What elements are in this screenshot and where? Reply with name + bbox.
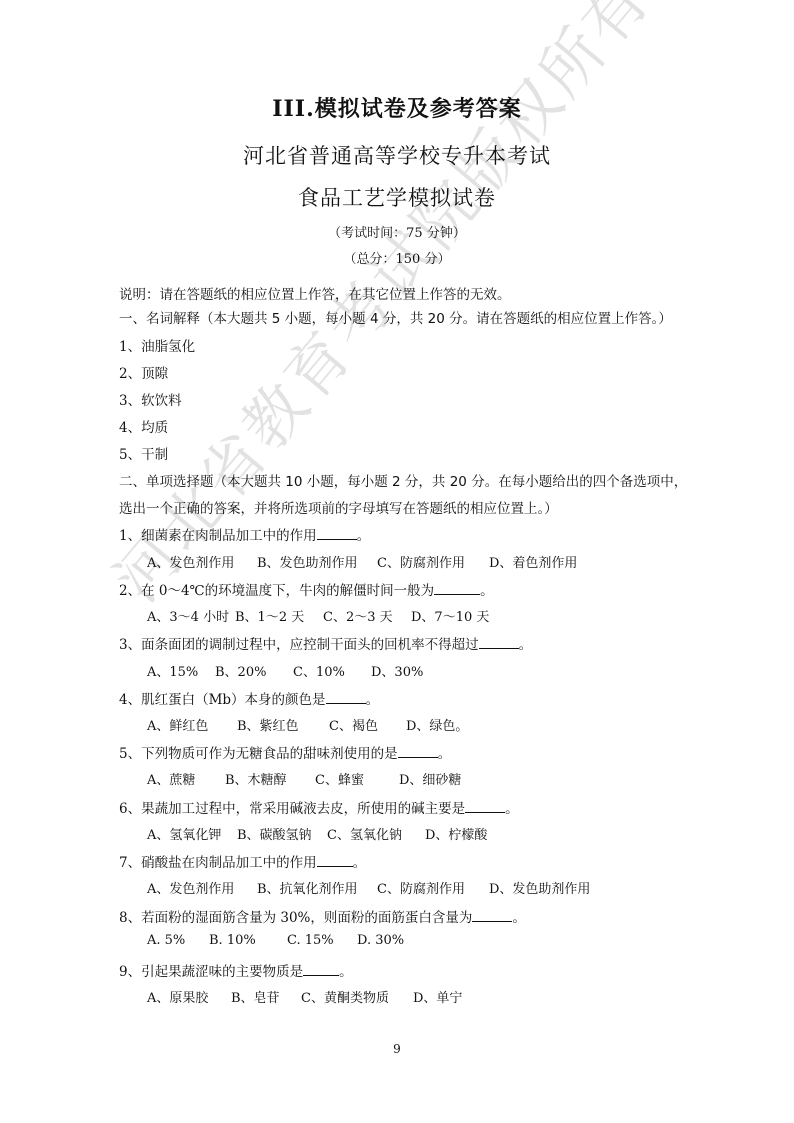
question-stem: 5、下列物质可作为无糖食品的甜味剂使用的是。 [119, 742, 451, 762]
question-stem: 2、在 0～4℃的环境温度下，牛肉的解僵时间一般为。 [119, 579, 494, 599]
option-d: D、细砂糖 [399, 769, 461, 788]
question-end: 。 [480, 583, 494, 599]
option-c: C、蜂蜜 [315, 769, 399, 788]
option-d: D、柠檬酸 [425, 824, 487, 843]
question-stem: 4、肌红蛋白（Mb）本身的颜色是。 [119, 688, 379, 708]
question-text: 7、硝酸盐在肉制品加工中的作用 [119, 855, 317, 871]
question-stem: 7、硝酸盐在肉制品加工中的作用。 [119, 851, 366, 871]
option-d: D、着色剂作用 [489, 552, 577, 571]
option-b: B、紫红色 [237, 715, 329, 734]
term-item: 5、干制 [119, 443, 168, 463]
document-page: 河北省教育考试院版权所有 III.模拟试卷及参考答案 河北省普通高等学校专升本考… [0, 0, 794, 1123]
answer-blank [398, 745, 438, 758]
answer-blank [317, 854, 353, 867]
option-d: D、绿色。 [406, 715, 468, 734]
question-options: A、15%B、20%C、10%D、30% [147, 661, 423, 680]
question-text: 8、若面粉的湿面筋含量为 30%，则面粉的面筋蛋白含量为 [119, 910, 472, 926]
answer-blank [479, 636, 519, 649]
option-c: C、防腐剂作用 [377, 878, 489, 897]
answer-blank [317, 527, 357, 540]
option-a: A、发色剂作用 [147, 552, 257, 571]
option-c: C、防腐剂作用 [377, 552, 489, 571]
option-d: D、30% [371, 661, 423, 680]
page-title: III.模拟试卷及参考答案 [0, 92, 794, 123]
option-a: A、原果胶 [147, 987, 231, 1006]
question-stem: 8、若面粉的湿面筋含量为 30%，则面粉的面筋蛋白含量为。 [119, 906, 526, 926]
option-a: A、氢氧化钾 [147, 824, 237, 843]
section2-heading-line2: 选出一个正确的答案，并将所选项前的字母填写在答题纸的相应位置上。） [119, 497, 558, 517]
term-item: 1、油脂氢化 [119, 335, 195, 355]
answer-blank [326, 691, 366, 704]
question-stem: 6、果蔬加工过程中，常采用碱液去皮，所使用的碱主要是。 [119, 797, 519, 817]
option-b: B、1～2 天 [235, 606, 323, 625]
exam-subtitle: 河北省普通高等学校专升本考试 [0, 140, 794, 170]
option-a: A、发色剂作用 [147, 878, 257, 897]
question-end: 。 [438, 746, 452, 762]
answer-blank [434, 582, 480, 595]
term-item: 3、软饮料 [119, 389, 182, 409]
answer-blank [303, 963, 339, 976]
option-a: A、蔗糖 [147, 769, 225, 788]
page-number: 9 [0, 1042, 794, 1056]
exam-name: 食品工艺学模拟试卷 [0, 182, 794, 212]
option-b: B、发色助剂作用 [257, 552, 377, 571]
question-options: A、发色剂作用B、抗氧化剂作用C、防腐剂作用D、发色助剂作用 [147, 878, 590, 897]
exam-duration: （考试时间：75 分钟） [0, 222, 794, 241]
question-stem: 9、引起果蔬涩味的主要物质是。 [119, 960, 353, 980]
question-text: 9、引起果蔬涩味的主要物质是 [119, 964, 303, 980]
section2-heading-line1: 二、单项选择题（本大题共 10 小题，每小题 2 分，共 20 分。在每小题给出… [119, 470, 687, 490]
question-text: 1、细菌素在肉制品加工中的作用 [119, 528, 317, 544]
option-a: A. 5% [147, 933, 209, 948]
question-end: 。 [357, 528, 371, 544]
question-text: 5、下列物质可作为无糖食品的甜味剂使用的是 [119, 746, 398, 762]
question-end: 。 [512, 910, 526, 926]
option-b: B、20% [215, 661, 293, 680]
question-text: 3、面条面团的调制过程中，应控制干面头的回机率不得超过 [119, 637, 479, 653]
option-d: D、单宁 [413, 987, 462, 1006]
answer-blank [465, 800, 505, 813]
question-options: A、鲜红色B、紫红色C、褐色D、绿色。 [147, 715, 468, 734]
option-c: C、氢氧化钠 [327, 824, 425, 843]
answer-blank [472, 909, 512, 922]
question-options: A、氢氧化钾B、碳酸氢钠C、氢氧化钠D、柠檬酸 [147, 824, 487, 843]
question-text: 2、在 0～4℃的环境温度下，牛肉的解僵时间一般为 [119, 583, 434, 599]
question-end: 。 [366, 692, 380, 708]
question-end: 。 [519, 637, 533, 653]
option-a: A、鲜红色 [147, 715, 237, 734]
term-item: 4、均质 [119, 416, 168, 436]
option-b: B、皂苷 [231, 987, 301, 1006]
option-c: C. 15% [287, 933, 357, 948]
option-c: C、褐色 [329, 715, 406, 734]
term-item: 2、顶隙 [119, 362, 168, 382]
instructions: 说明：请在答题纸的相应位置上作答，在其它位置上作答的无效。 [119, 283, 511, 303]
option-d: D、发色助剂作用 [489, 878, 590, 897]
exam-total-score: （总分：150 分） [0, 248, 794, 267]
option-b: B、木糖醇 [225, 769, 315, 788]
question-options: A、蔗糖B、木糖醇C、蜂蜜D、细砂糖 [147, 769, 461, 788]
section1-heading: 一、名词解释（本大题共 5 小题，每小题 4 分，共 20 分。请在答题纸的相应… [119, 307, 672, 327]
option-d: D. 30% [357, 933, 404, 948]
question-options: A、原果胶B、皂苷C、黄酮类物质D、单宁 [147, 987, 462, 1006]
question-text: 4、肌红蛋白（Mb）本身的颜色是 [119, 692, 326, 708]
question-end: 。 [339, 964, 353, 980]
option-c: C、10% [293, 661, 371, 680]
option-d: D、7～10 天 [411, 606, 489, 625]
question-options: A. 5%B. 10%C. 15%D. 30% [147, 933, 404, 948]
option-a: A、15% [147, 661, 215, 680]
question-end: 。 [353, 855, 367, 871]
option-b: B. 10% [209, 933, 287, 948]
question-options: A、发色剂作用B、发色助剂作用C、防腐剂作用D、着色剂作用 [147, 552, 577, 571]
question-options: A、3～4 小时B、1～2 天C、2～3 天D、7～10 天 [147, 606, 489, 625]
question-stem: 3、面条面团的调制过程中，应控制干面头的回机率不得超过。 [119, 633, 532, 653]
question-end: 。 [505, 801, 519, 817]
question-text: 6、果蔬加工过程中，常采用碱液去皮，所使用的碱主要是 [119, 801, 465, 817]
option-b: B、抗氧化剂作用 [257, 878, 377, 897]
question-stem: 1、细菌素在肉制品加工中的作用。 [119, 524, 370, 544]
option-c: C、2～3 天 [323, 606, 411, 625]
option-b: B、碳酸氢钠 [237, 824, 327, 843]
option-c: C、黄酮类物质 [301, 987, 413, 1006]
option-a: A、3～4 小时 [147, 606, 235, 625]
